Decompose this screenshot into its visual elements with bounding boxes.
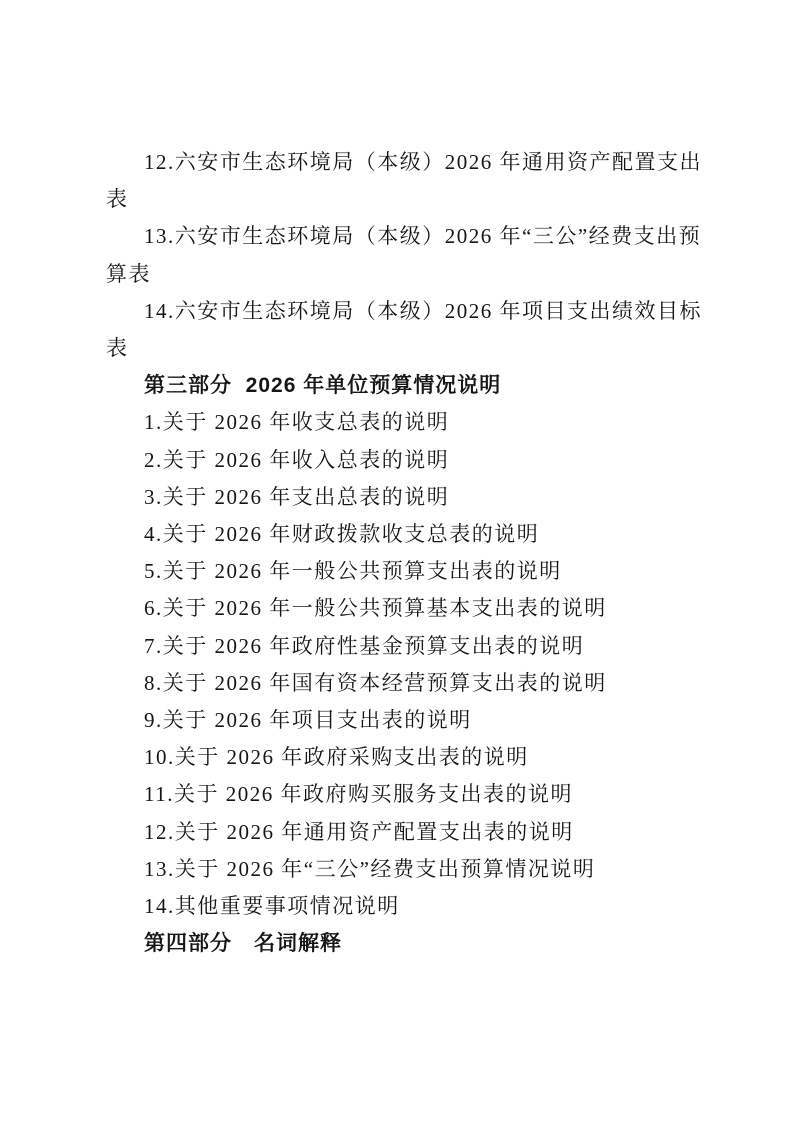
toc-line: 4.关于 2026 年财政拨款收支总表的说明 [106,516,712,553]
toc-item-part3-3: 3.关于 2026 年支出总表的说明 [106,479,712,516]
toc-line: 5.关于 2026 年一般公共预算支出表的说明 [106,553,712,590]
toc-item-part3-14: 14.其他重要事项情况说明 [106,888,712,925]
toc-item-part2-13: 13.六安市生态环境局（本级）2026 年“三公”经费支出预算表 [106,218,712,292]
toc-item-part3-6: 6.关于 2026 年一般公共预算基本支出表的说明 [106,590,712,627]
toc-line: 13.六安市生态环境局（本级）2026 年“三公”经费支出预 [106,218,712,255]
toc-item-part3-10: 10.关于 2026 年政府采购支出表的说明 [106,739,712,776]
toc-line: 11.关于 2026 年政府购买服务支出表的说明 [106,776,712,813]
toc-line: 7.关于 2026 年政府性基金预算支出表的说明 [106,628,712,665]
toc-line: 14.六安市生态环境局（本级）2026 年项目支出绩效目标 [106,293,712,330]
toc-line: 表 [106,181,712,218]
toc-item-part3-9: 9.关于 2026 年项目支出表的说明 [106,702,712,739]
toc-item-part3-4: 4.关于 2026 年财政拨款收支总表的说明 [106,516,712,553]
toc-item-part3-11: 11.关于 2026 年政府购买服务支出表的说明 [106,776,712,813]
toc-line: 表 [106,330,712,367]
toc-item-part3-1: 1.关于 2026 年收支总表的说明 [106,404,712,441]
toc-line: 12.六安市生态环境局（本级）2026 年通用资产配置支出 [106,144,712,181]
toc-item-part3-12: 12.关于 2026 年通用资产配置支出表的说明 [106,814,712,851]
toc-item-part3-13: 13.关于 2026 年“三公”经费支出预算情况说明 [106,851,712,888]
section-heading-part4: 第四部分 名词解释 [106,925,712,962]
toc-line: 12.关于 2026 年通用资产配置支出表的说明 [106,814,712,851]
toc-content: 12.六安市生态环境局（本级）2026 年通用资产配置支出表13.六安市生态环境… [106,144,712,962]
toc-line: 8.关于 2026 年国有资本经营预算支出表的说明 [106,665,712,702]
toc-line: 算表 [106,256,712,293]
toc-item-part2-12: 12.六安市生态环境局（本级）2026 年通用资产配置支出表 [106,144,712,218]
toc-line: 9.关于 2026 年项目支出表的说明 [106,702,712,739]
toc-item-part3-8: 8.关于 2026 年国有资本经营预算支出表的说明 [106,665,712,702]
toc-item-part2-14: 14.六安市生态环境局（本级）2026 年项目支出绩效目标表 [106,293,712,367]
toc-line: 第三部分 2026 年单位预算情况说明 [106,367,712,404]
toc-item-part3-5: 5.关于 2026 年一般公共预算支出表的说明 [106,553,712,590]
toc-item-part3-7: 7.关于 2026 年政府性基金预算支出表的说明 [106,628,712,665]
toc-line: 14.其他重要事项情况说明 [106,888,712,925]
toc-item-part3-2: 2.关于 2026 年收入总表的说明 [106,442,712,479]
toc-line: 10.关于 2026 年政府采购支出表的说明 [106,739,712,776]
toc-line: 2.关于 2026 年收入总表的说明 [106,442,712,479]
section-heading-part3: 第三部分 2026 年单位预算情况说明 [106,367,712,404]
toc-line: 13.关于 2026 年“三公”经费支出预算情况说明 [106,851,712,888]
toc-line: 第四部分 名词解释 [106,925,712,962]
document-page: 12.六安市生态环境局（本级）2026 年通用资产配置支出表13.六安市生态环境… [0,0,793,1122]
toc-line: 6.关于 2026 年一般公共预算基本支出表的说明 [106,590,712,627]
toc-line: 3.关于 2026 年支出总表的说明 [106,479,712,516]
toc-line: 1.关于 2026 年收支总表的说明 [106,404,712,441]
